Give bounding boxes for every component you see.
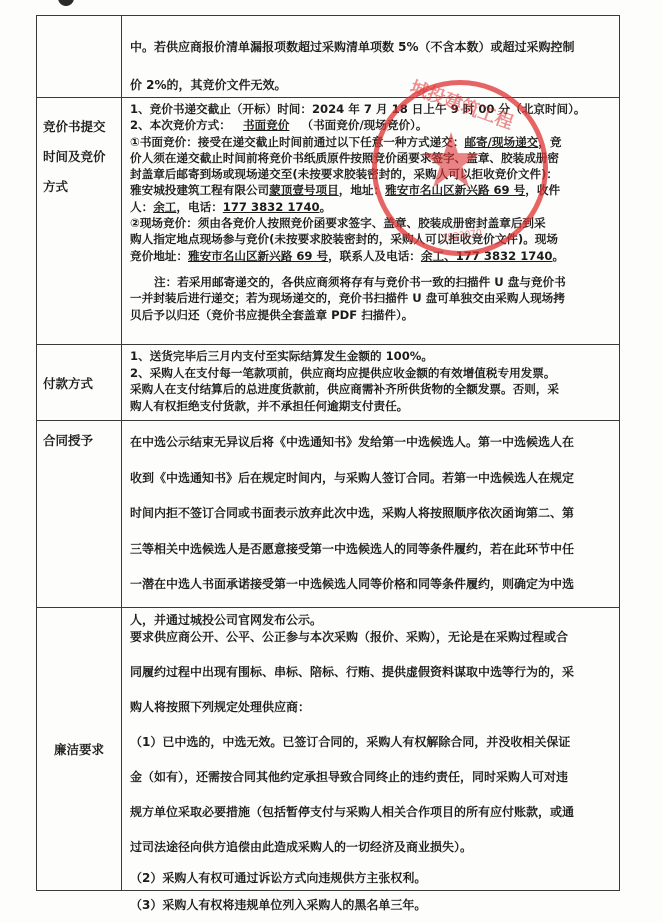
onsite-address: 雅安市名山区新兴路 69 号 (188, 249, 328, 263)
text-span: 。 (553, 249, 565, 263)
text-line: （1）已中选的，中选无效。已签订合同的，采购人有权解除合同，并没收相关保证 (130, 725, 611, 760)
text-line: 同履约过程中出现有围标、串标、陪标、行贿、提供虚假资料谋取中选等行为的，采 (130, 655, 611, 690)
table-row-payment: 付款方式 1、送货完毕后三月内支付至实际结算发生金额的 100%。 2、采购人在… (37, 344, 619, 420)
recipient-line: 人：余工，电话：177 3832 1740。 (130, 199, 611, 215)
page-corner-mark (58, 0, 74, 6)
text-line: 收到《中选通知书》后在规定时间内，与采购人签订合同。若第一中选候选人在规定 (130, 461, 611, 497)
text-line: （3）采购人有权将违规单位列入采购人的黑名单三年。 (130, 892, 611, 919)
text-line: 价人须在递交截止时间前将竞价书纸质原件按照竞价函要求签字、盖章、胶装成册密 (130, 150, 611, 166)
row-content: 要求供应商公开、公平、公正参与本次采购（报价、采购），无论是在采购过程或合 同履… (122, 608, 619, 890)
address-line: 雅安城投建筑工程有限公司蒙顶壹号项目，地址：雅安市名山区新兴路 69 号，收件 (130, 182, 611, 198)
label-line: 竞价书提交 (43, 112, 115, 142)
table-row-bid-submission: 竞价书提交 时间及竞价 方式 1、竞价书递交截止（开标）时间：2024 年 7 … (37, 97, 619, 344)
bid-method-line: 2、本次竞价方式： 书面竞价 （书面竞价/现场竞价）。 (130, 117, 611, 133)
recipient: 余工 (153, 200, 176, 214)
text-span: 竞价地址： (130, 249, 188, 263)
text-line: 时间内拒不签订合同或书面表示放弃此次中选，采购人将按照顺序依次函询第二、第 (130, 496, 611, 532)
text-line: 过司法途径向供方追偿由此造成采购人的一切经济及商业损失）。 (130, 830, 611, 865)
deadline-line: 1、竞价书递交截止（开标）时间：2024 年 7 月 18 日上午 9 时 00… (130, 101, 611, 117)
text-line: 采购人在支付结算后的总进度货款前，供应商需补齐所供货物的全额发票。否则，采 (130, 381, 611, 398)
note-line: 贝后予以归还（竞价书应提供全套盖章 PDF 扫描件）。 (130, 307, 611, 323)
text-line: 在中选公示结束无异议后将《中选通知书》发给第一中选候选人。第一中选候选人在 (130, 425, 611, 461)
procurement-terms-table: 中。若供应商报价清单漏报项数超过采购清单项数 5%（不含本数）或超过采购控制 价… (36, 15, 620, 891)
table-row-integrity: 廉洁要求 要求供应商公开、公平、公正参与本次采购（报价、采购），无论是在采购过程… (37, 607, 619, 890)
row-content: 1、送货完毕后三月内支付至实际结算发生金额的 100%。 2、采购人在支付每一笔… (122, 345, 619, 420)
row-label: 付款方式 (37, 345, 122, 420)
text-line: 购人有权拒绝支付货款，并不承担任何逾期支付责任。 (130, 398, 611, 415)
table-row-continuation: 中。若供应商报价清单漏报项数超过采购清单项数 5%（不含本数）或超过采购控制 价… (37, 16, 619, 97)
text-span: 人： (130, 200, 153, 214)
row-content: 在中选公示结束无异议后将《中选通知书》发给第一中选候选人。第一中选候选人在 收到… (122, 421, 619, 607)
contact: 余工、177 3832 1740 (421, 249, 553, 263)
text-line: （2）采购人有权可通过诉讼方式向违规供方主张权利。 (130, 865, 611, 892)
note-line: 注：若采用邮寄递交的，各供应商须将存有与竞价书一致的扫描件 U 盘与竞价书 (130, 274, 611, 290)
submit-method: 邮寄/现场递交 (464, 135, 538, 149)
text-line: 1、送货完毕后三月内支付至实际结算发生金额的 100%。 (130, 348, 611, 365)
bid-method-label: 2、本次竞价方式： (130, 118, 231, 132)
text-line: 封盖章后邮寄到场或现场递交至(未按要求胶装密封的，采购人可以拒收竞价文件)： (130, 166, 611, 182)
text-span: ，地址： (339, 183, 385, 197)
bid-method-value: 书面竞价 (243, 118, 289, 132)
row-content: 1、竞价书递交截止（开标）时间：2024 年 7 月 18 日上午 9 时 00… (122, 98, 619, 344)
text-line: 2、采购人在支付每一笔款项前，供应商均应提供应收金额的有效增值税专用发票。 (130, 365, 611, 382)
row-label: 合同授予 (37, 421, 122, 607)
text-line: 中。若供应商报价清单漏报项数超过采购清单项数 5%（不含本数）或超过采购控制 (130, 28, 611, 66)
note-line: 一并封装后进行递交；若为现场递交的，竞价书扫描件 U 盘可单独交由采购人现场拷 (130, 290, 611, 306)
text-span: ，竞 (538, 135, 561, 149)
text-span: ，电话： (176, 200, 222, 214)
project-name: 蒙顶壹号项目 (269, 183, 339, 197)
row-content: 中。若供应商报价清单漏报项数超过采购清单项数 5%（不含本数）或超过采购控制 价… (122, 16, 619, 97)
text-span: ①书面竞价：接受在递交截止时间前通过以下任意一种方式递交： (130, 135, 464, 149)
text-line: 三等相关中选候选人是否愿意接受第一中选候选人的同等条件履约，若在此环节中任 (130, 532, 611, 568)
text-line: 要求供应商公开、公平、公正参与本次采购（报价、采购），无论是在采购过程或合 (130, 620, 611, 655)
text-span: ，收件 (525, 183, 560, 197)
row-label: 廉洁要求 (37, 608, 122, 890)
text-line: 购人指定地点现场参与竞价(未按要求胶装密封的，采购人可以拒收竞价文件)。现场 (130, 231, 611, 247)
phone: 177 3832 1740 (223, 200, 320, 214)
text-line: 一潜在中选人书面承诺接受第一中选候选人同等价格和同等条件履约，则确定为中选 (130, 567, 611, 603)
text-line: 金（如有），还需按合同其他约定承担导致合同终止的违约责任，同时采购人可对违 (130, 760, 611, 795)
text-span: 。 (320, 200, 332, 214)
bid-method-options: （书面竞价/现场竞价）。 (301, 118, 427, 132)
table-row-contract-award: 合同授予 在中选公示结束无异议后将《中选通知书》发给第一中选候选人。第一中选候选… (37, 420, 619, 607)
label-line: 方式 (43, 172, 115, 202)
text-span: ，联系人及电话： (328, 249, 421, 263)
written-bid-line: ①书面竞价：接受在递交截止时间前通过以下任意一种方式递交：邮寄/现场递交，竞 (130, 134, 611, 150)
text-line: 购人将按照下列规定处理供应商： (130, 690, 611, 725)
address: 雅安市名山区新兴路 69 号 (385, 183, 525, 197)
row-label-empty (37, 16, 122, 97)
row-label: 竞价书提交 时间及竞价 方式 (37, 98, 122, 344)
label-line: 时间及竞价 (43, 142, 115, 172)
text-line: 规方单位采取必要措施（包括暂停支付与采购人相关合作项目的所有应付账款，或通 (130, 795, 611, 830)
company-name: 雅安城投建筑工程有限公司 (130, 183, 269, 197)
onsite-address-line: 竞价地址：雅安市名山区新兴路 69 号，联系人及电话：余工、177 3832 1… (130, 248, 611, 264)
text-line: ②现场竞价：须由各竞价人按照竞价函要求签字、盖章、胶装成册密封盖章后到采 (130, 215, 611, 231)
